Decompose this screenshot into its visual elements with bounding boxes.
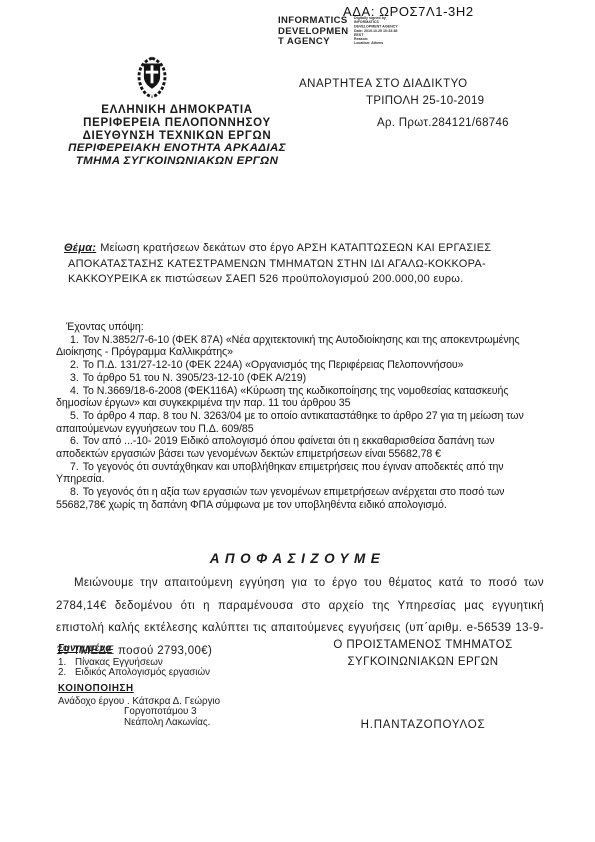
protocol-number: Αρ. Πρωτ.284121/68746 — [377, 117, 509, 129]
signature-block: Ο ΠΡΟΙΣΤΑΜΕΝΟΣ ΤΜΗΜΑΤΟΣ ΣΥΓΚΟΙΝΩΝΙΑΚΩΝ Ε… — [303, 637, 543, 734]
greek-coat-of-arms-icon — [134, 55, 170, 99]
consideration-item: 1.Τον Ν.3852/7-6-10 (ΦΕΚ 87Α) «Νέα αρχιτ… — [56, 334, 544, 359]
consideration-item: 6.Τον από ...-10- 2019 Ειδικό απολογισμό… — [56, 435, 544, 460]
signer-title-line-2: ΣΥΓΚΟΙΝΩΝΙΑΚΩΝ ΕΡΓΩΝ — [303, 654, 543, 671]
document-page: ΑΔΑ: ΩΡΟΣ7Λ1-3Η2 INFORMATICS DEVELOPMEN … — [0, 0, 595, 842]
letterhead: ΕΛΛΗΝΙΚΗ ΔΗΜΟΚΡΑΤΙΑ ΠΕΡΙΦΕΡΕΙΑ ΠΕΛΟΠΟΝΝΗ… — [48, 55, 306, 168]
consideration-item: 5.Το άρθρο 4 παρ. 8 του Ν. 3263/04 με το… — [56, 410, 544, 435]
notification-block: ΚΟΙΝΟΠΟΙΗΣΗ Ανάδοχο έργου . Κάτσκρα Δ. Γ… — [58, 684, 220, 729]
subject-block: Θέμα:Μείωση κρατήσεων δεκάτων στο έργο Α… — [64, 241, 569, 288]
digital-signature-stamp: INFORMATICS DEVELOPMEN T AGENCY Digitall… — [278, 16, 554, 80]
signer-name: Η.ΠΑΝΤΑΖΟΠΟΥΛΟΣ — [303, 717, 543, 734]
signature-details: Digitally signed by INFORMATICS DEVELOPM… — [354, 16, 444, 45]
subject-label: Θέμα: — [64, 242, 96, 254]
attachments-heading: Συνημμένα — [58, 644, 210, 655]
notification-heading: ΚΟΙΝΟΠΟΙΗΣΗ — [58, 684, 220, 695]
consideration-item: 4.Το Ν.3669/18-6-2008 (ΦΕΚ116Α) «Κύρωση … — [56, 385, 544, 410]
consideration-item: 3.Το άρθρο 51 του Ν. 3905/23-12-10 (ΦΕΚ … — [56, 372, 544, 385]
consideration-item: 7.Το γεγονός ότι συντάχθηκαν και υποβλήθ… — [56, 461, 544, 486]
place-and-date: ΤΡΙΠΟΛΗ 25-10-2019 — [366, 95, 484, 107]
attachment-item: 2.Ειδικός Απολογισμός εργασιών — [58, 668, 210, 679]
attachments-block: Συνημμένα 1.Πίνακας Εγγυήσεων 2.Ειδικός … — [58, 644, 210, 679]
consideration-item: 2.Το Π.Δ. 131/27-12-10 (ΦΕΚ 224Α) «Οργαν… — [56, 359, 544, 372]
letterhead-unit: ΠΕΡΙΦΕΡΕΙΑΚΗ ΕΝΟΤΗΤΑ ΑΡΚΑΔΙΑΣ — [48, 142, 306, 155]
considerations-list: Έχοντας υπόψη: 1.Τον Ν.3852/7-6-10 (ΦΕΚ … — [56, 321, 544, 512]
subject-line-2: ΑΠΟΚΑΤΑΣΤΑΣΗΣ ΚΑΤΕΣΤΡΑΜΕΝΩΝ ΤΜΗΜΑΤΩΝ ΣΤΗ… — [64, 257, 569, 273]
consideration-item: 8.Το γεγονός ότι η αξία των εργασιών των… — [56, 486, 544, 511]
publish-notice: ΑΝΑΡΤΗΤΕΑ ΣΤΟ ΔΙΑΔΙΚΤΥΟ — [299, 78, 468, 90]
signer-title-line-1: Ο ΠΡΟΙΣΤΑΜΕΝΟΣ ΤΜΗΜΑΤΟΣ — [303, 637, 543, 654]
letterhead-directorate: ΔΙΕΥΘΥΝΣΗ ΤΕΧΝΙΚΩΝ ΕΡΓΩΝ — [48, 130, 306, 143]
letterhead-state: ΕΛΛΗΝΙΚΗ ΔΗΜΟΚΡΑΤΙΑ — [48, 104, 306, 117]
letterhead-region: ΠΕΡΙΦΕΡΕΙΑ ΠΕΛΟΠΟΝΝΗΣΟΥ — [48, 117, 306, 130]
decision-heading: ΑΠΟΦΑΣΙΖΟΥΜΕ — [0, 551, 595, 566]
considerations-lead: Έχοντας υπόψη: — [56, 321, 544, 334]
subject-line-1: Θέμα:Μείωση κρατήσεων δεκάτων στο έργο Α… — [64, 241, 569, 257]
subject-line-3: ΚΑΚΚΟΥΡΕΙΚΑ εκ πιστώσεων ΣΑΕΠ 526 προϋπο… — [64, 272, 569, 288]
notification-address-city: Νεάπολη Λακωνίας. — [58, 718, 220, 729]
letterhead-department: ΤΜΗΜΑ ΣΥΓΚΟΙΝΩΝΙΑΚΩΝ ΕΡΓΩΝ — [48, 155, 306, 168]
